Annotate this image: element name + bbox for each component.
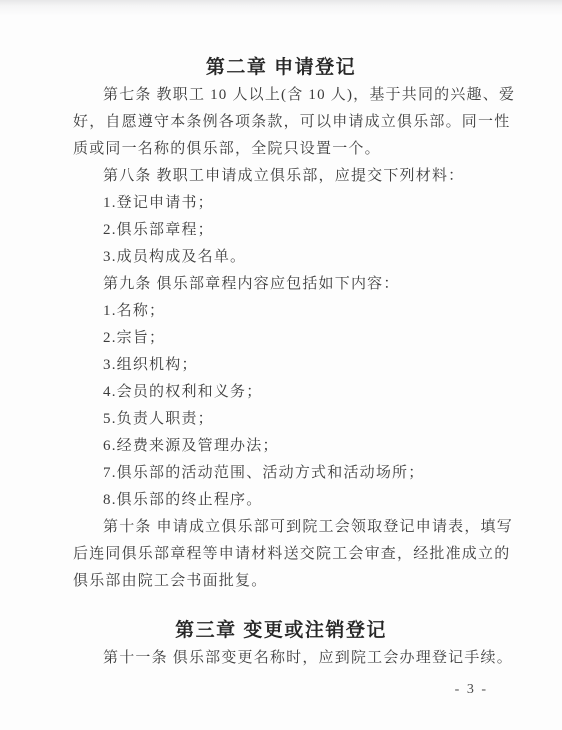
list-item-line: 2.俱乐部章程； [73, 217, 506, 244]
text-line: 后连同俱乐部章程等申请材料送交院工会审查，经批准成立的 [73, 541, 506, 568]
text-line: 第七条 教职工 10 人以上(含 10 人)，基于共同的兴趣、爱 [73, 82, 506, 109]
list-item-line: 5.负责人职责； [73, 406, 506, 433]
text-line: 好，自愿遵守本条例各项条款，可以申请成立俱乐部。同一性 [73, 109, 506, 136]
chapter-3-heading: 第三章 变更或注销登记 [0, 619, 562, 643]
text-line: 第八条 教职工申请成立俱乐部，应提交下列材料： [73, 163, 506, 190]
text-line: 质或同一名称的俱乐部，全院只设置一个。 [73, 136, 506, 163]
list-item-line: 7.俱乐部的活动范围、活动方式和活动场所； [73, 460, 506, 487]
list-item-line: 2.宗旨； [73, 325, 506, 352]
list-item-line: 8.俱乐部的终止程序。 [73, 487, 506, 514]
chapter-2-body: 第七条 教职工 10 人以上(含 10 人)，基于共同的兴趣、爱 好，自愿遵守本… [0, 82, 562, 595]
text-line: 第九条 俱乐部章程内容应包括如下内容： [73, 271, 506, 298]
chapter-3-body: 第十一条 俱乐部变更名称时，应到院工会办理登记手续。 [0, 645, 562, 672]
list-item-line: 3.成员构成及名单。 [73, 244, 506, 271]
page-number: - 3 - [455, 682, 488, 698]
list-item-line: 3.组织机构； [73, 352, 506, 379]
chapter-2-heading: 第二章 申请登记 [0, 0, 562, 80]
list-item-line: 4.会员的权利和义务； [73, 379, 506, 406]
list-item-line: 1.登记申请书； [73, 190, 506, 217]
list-item-line: 6.经费来源及管理办法； [73, 433, 506, 460]
text-line: 俱乐部由院工会书面批复。 [73, 568, 506, 595]
list-item-line: 1.名称； [73, 298, 506, 325]
text-line: 第十条 申请成立俱乐部可到院工会领取登记申请表，填写 [73, 514, 506, 541]
scanned-document-page: 第二章 申请登记 第七条 教职工 10 人以上(含 10 人)，基于共同的兴趣、… [0, 0, 562, 730]
text-line: 第十一条 俱乐部变更名称时，应到院工会办理登记手续。 [73, 645, 506, 672]
